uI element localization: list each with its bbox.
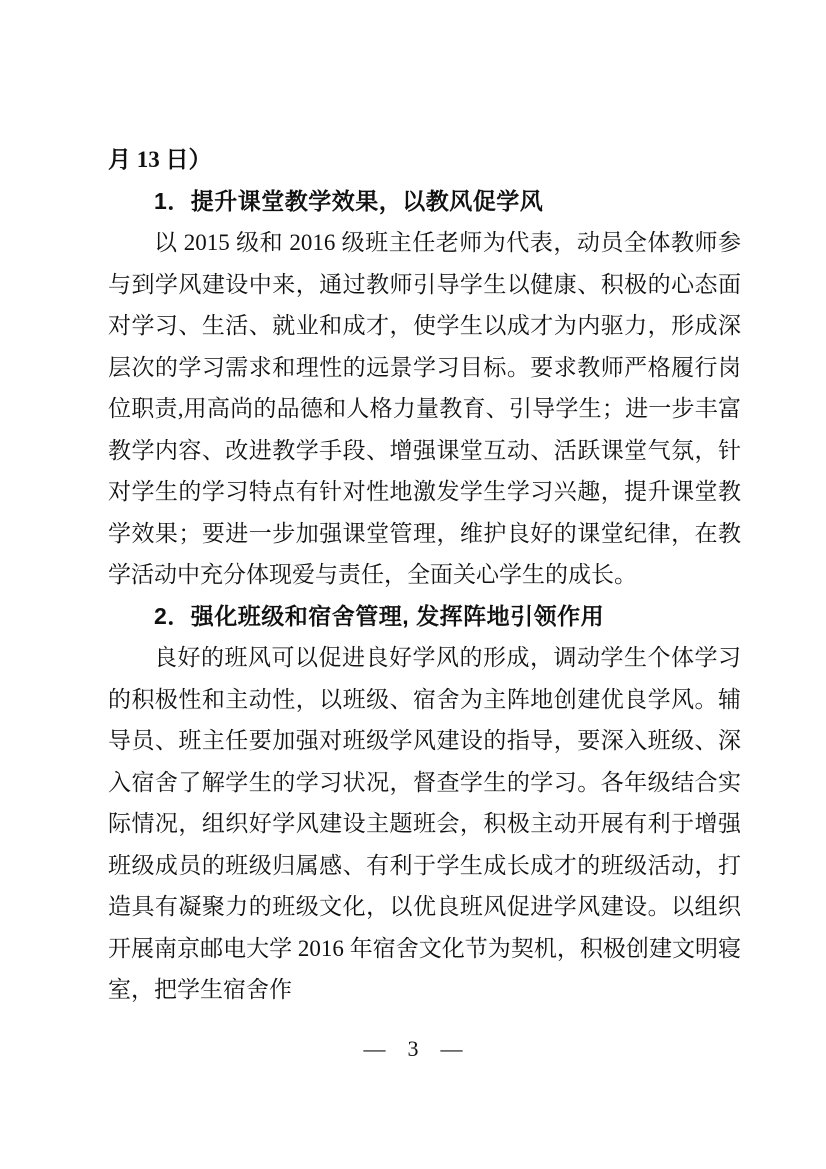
document-page: 月 13 日） 1．提升课堂教学效果，以教风促学风 以 2015 级和 2016…	[0, 0, 826, 1169]
paragraph-section-2-body: 良好的班风可以促进良好学风的形成，调动学生个体学习的积极性和主动性，以班级、宿舍…	[108, 637, 741, 1011]
page-number: — 3 —	[0, 1036, 826, 1062]
section-heading-2: 2．强化班级和宿舍管理, 发挥阵地引领作用	[108, 596, 741, 638]
heading-continuation-line: 月 13 日）	[108, 139, 741, 181]
paragraph-section-1-body: 以 2015 级和 2016 级班主任老师为代表，动员全体教师参与到学风建设中来…	[108, 222, 741, 596]
section-heading-1: 1．提升课堂教学效果，以教风促学风	[108, 181, 741, 223]
